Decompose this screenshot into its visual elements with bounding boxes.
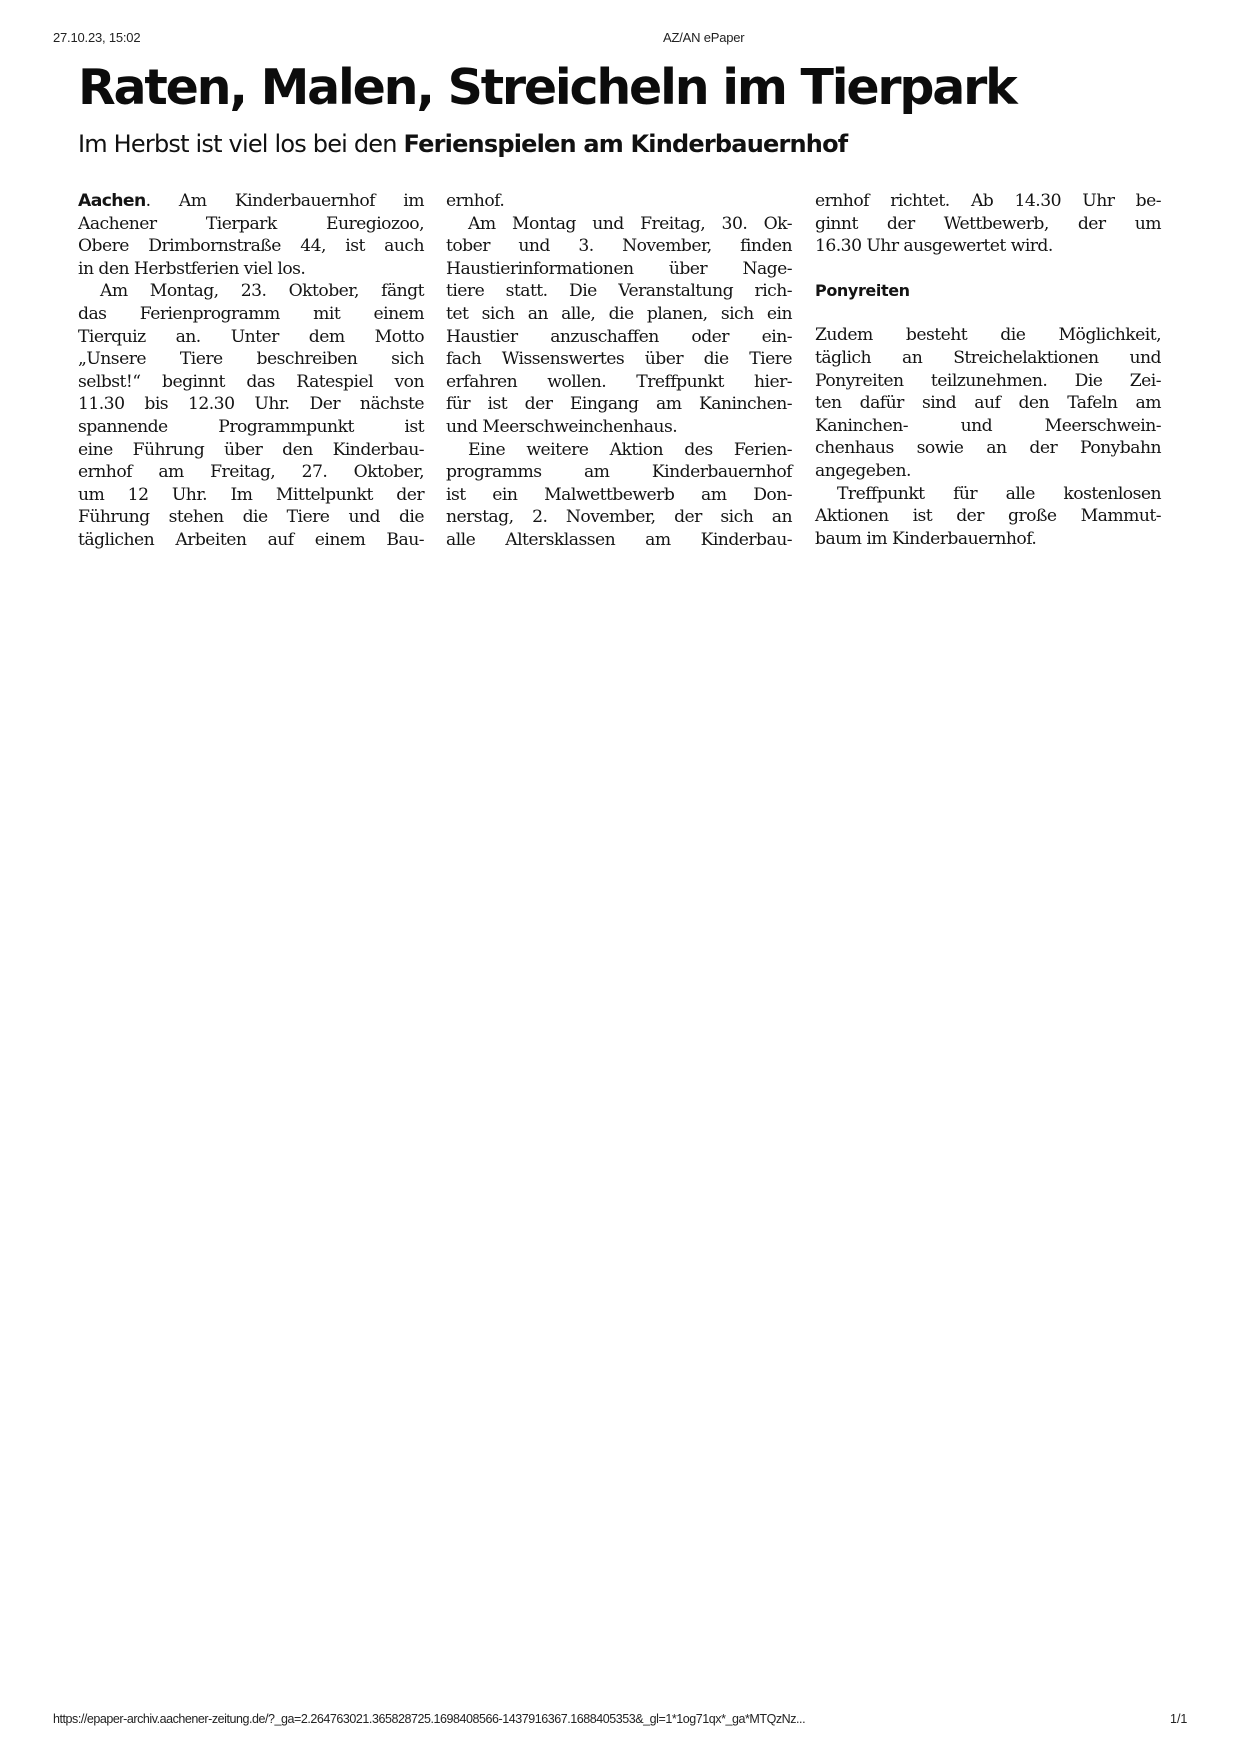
text-line: angegeben. <box>815 460 1161 483</box>
text-line: Kaninchen- und Meerschwein- <box>815 415 1161 438</box>
text-line: programms am Kinderbauernhof <box>446 461 792 484</box>
text-line: Eine weitere Aktion des Ferien- <box>446 439 792 462</box>
print-page-title: AZ/AN ePaper <box>663 30 744 45</box>
text-line: und Meerschweinchenhaus. <box>446 416 792 439</box>
text-line: Ponyreiten teilzunehmen. Die Zei- <box>815 370 1161 393</box>
text-line: Am Montag und Freitag, 30. Ok- <box>446 213 792 236</box>
text-line: das Ferienprogramm mit einem <box>78 303 424 326</box>
text-line: chenhaus sowie an der Ponybahn <box>815 437 1161 460</box>
text-line: ernhof. <box>446 190 792 213</box>
text-line: spannende Programmpunkt ist <box>78 416 424 439</box>
article-column-1: Aachen. Am Kinderbauernhof im Aachener T… <box>78 190 424 552</box>
text-line: Tierquiz an. Unter dem Motto <box>78 326 424 349</box>
text-line: täglich an Streichelaktionen und <box>815 347 1161 370</box>
text-line: Obere Drimbornstraße 44, ist auch <box>78 235 424 258</box>
section-crosshead: Ponyreiten <box>815 280 1161 303</box>
text-line: 16.30 Uhr ausgewertet wird. <box>815 235 1161 258</box>
text-line: in den Herbstferien viel los. <box>78 258 424 281</box>
source-url: https://epaper-archiv.aachener-zeitung.d… <box>53 1712 805 1726</box>
text-line: eine Führung über den Kinderbau- <box>78 439 424 462</box>
text-line: tiere statt. Die Veranstaltung rich- <box>446 280 792 303</box>
text-line: „Unsere Tiere beschreiben sich <box>78 348 424 371</box>
text-line: 11.30 bis 12.30 Uhr. Der nächste <box>78 393 424 416</box>
text-line: ernhof richtet. Ab 14.30 Uhr be- <box>815 190 1161 213</box>
text-line: alle Altersklassen am Kinderbau- <box>446 529 792 552</box>
dateline: Aachen <box>78 191 146 211</box>
text-line: Treffpunkt für alle kostenlosen <box>815 483 1161 506</box>
text-line: ten dafür sind auf den Tafeln am <box>815 392 1161 415</box>
text-line: erfahren wollen. Treffpunkt hier- <box>446 371 792 394</box>
subheadline-bold: Ferienspielen am Kinderbauernhof <box>404 130 848 158</box>
text-line: fach Wissenswertes über die Tiere <box>446 348 792 371</box>
text-line: Aktionen ist der große Mammut- <box>815 505 1161 528</box>
print-datetime: 27.10.23, 15:02 <box>53 30 140 45</box>
text-line: Haustier anzuschaffen oder ein- <box>446 326 792 349</box>
text-line: Haustierinformationen über Nage- <box>446 258 792 281</box>
article-column-2: ernhof. Am Montag und Freitag, 30. Ok- t… <box>446 190 792 552</box>
text-line: baum im Kinderbauernhof. <box>815 528 1161 551</box>
text-line: Führung stehen die Tiere und die <box>78 506 424 529</box>
text-line: tober und 3. November, finden <box>446 235 792 258</box>
text-line: tet sich an alle, die planen, sich ein <box>446 303 792 326</box>
text-line: ist ein Malwettbewerb am Don- <box>446 484 792 507</box>
subheadline-regular: Im Herbst ist viel los bei den <box>78 130 404 158</box>
text-line: ginnt der Wettbewerb, der um <box>815 213 1161 236</box>
article-subheadline: Im Herbst ist viel los bei den Ferienspi… <box>78 128 847 160</box>
article-headline: Raten, Malen, Streicheln im Tierpark <box>78 58 1015 118</box>
print-footer: https://epaper-archiv.aachener-zeitung.d… <box>0 1712 1240 1732</box>
text-line: Aachener Tierpark Euregiozoo, <box>78 213 424 236</box>
text-line: täglichen Arbeiten auf einem Bau- <box>78 529 424 552</box>
page-number: 1/1 <box>1170 1712 1187 1726</box>
article-column-3: ernhof richtet. Ab 14.30 Uhr be- ginnt d… <box>815 190 1161 550</box>
text-line: selbst!“ beginnt das Ratespiel von <box>78 371 424 394</box>
text-line: nerstag, 2. November, der sich an <box>446 506 792 529</box>
text-line: um 12 Uhr. Im Mittelpunkt der <box>78 484 424 507</box>
text-line: für ist der Eingang am Kaninchen- <box>446 393 792 416</box>
text-line: Am Montag, 23. Oktober, fängt <box>78 280 424 303</box>
text-line: Aachen. Am Kinderbauernhof im <box>78 190 424 213</box>
text-line: Zudem besteht die Möglichkeit, <box>815 324 1161 347</box>
print-header: 27.10.23, 15:02 AZ/AN ePaper <box>0 30 1240 50</box>
text-line: ernhof am Freitag, 27. Oktober, <box>78 461 424 484</box>
